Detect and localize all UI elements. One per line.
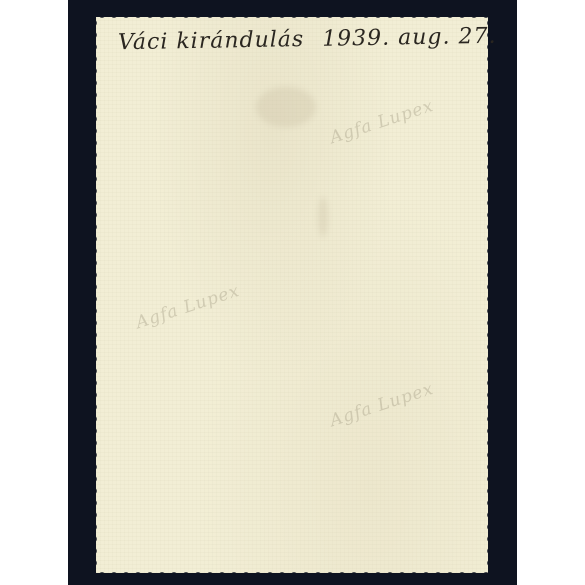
paper-stain	[256, 87, 316, 127]
watermark-agfa-lupex: Agfa Lupex	[328, 96, 437, 148]
scan-background: Váci kirándulás1939. aug. 27. Agfa Lupex…	[68, 0, 517, 585]
watermark-agfa-lupex: Agfa Lupex	[134, 281, 243, 333]
watermark-agfa-lupex: Agfa Lupex	[328, 379, 437, 431]
deckled-edge-right	[485, 17, 491, 573]
paper-stain	[318, 197, 328, 237]
handwritten-inscription: Váci kirándulás1939. aug. 27.	[118, 24, 497, 56]
photo-card-back: Váci kirándulás1939. aug. 27. Agfa Lupex…	[96, 17, 488, 573]
deckled-edge-left	[93, 17, 99, 573]
deckled-edge-top	[96, 14, 488, 20]
inscription-date: 1939. aug. 27.	[322, 24, 497, 52]
inscription-text: Váci kirándulás	[118, 27, 305, 55]
deckled-edge-bottom	[96, 570, 488, 576]
